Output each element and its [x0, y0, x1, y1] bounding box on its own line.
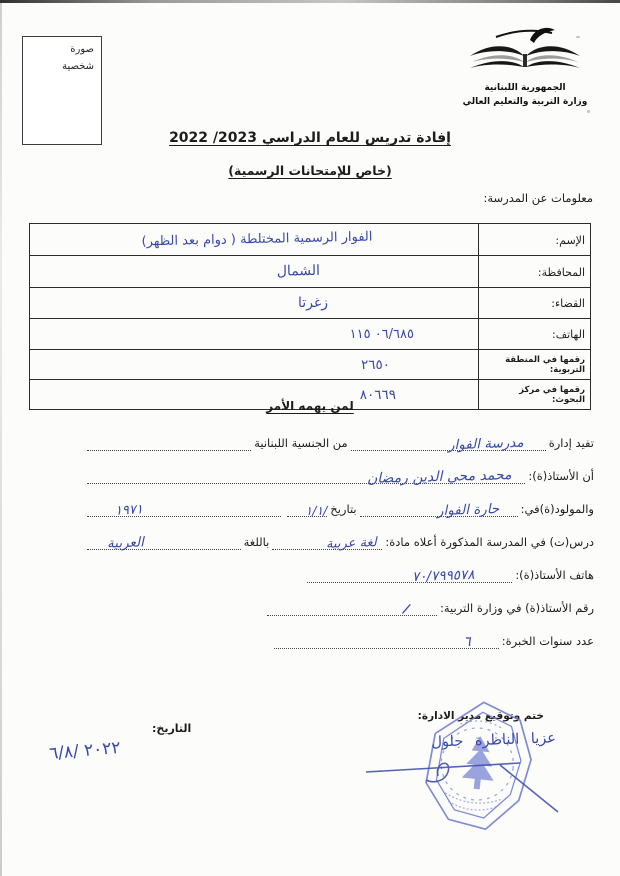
form-line-teacher-name: أن الأستاذ(ة): محمد محي الدين رمضان	[84, 451, 594, 484]
certification-form: تفيد إدارة مدرسة الفوار من الجنسية اللبن…	[84, 418, 594, 649]
line1-prefix: تفيد إدارة	[549, 436, 594, 451]
scanned-form-page: صورة شخصية الجمهورية اللبنانية وزارة الت…	[0, 0, 620, 876]
handwritten-district: زغرتا	[30, 295, 478, 311]
table-row: رقمها في المنطقة التربوية: ٢٦٥٠	[30, 350, 591, 380]
handwritten-teacher-name: محمد محي الدين رمضان	[367, 467, 512, 487]
photo-box-label: صورة شخصية	[62, 42, 94, 75]
line4-prefix: درس(ت) في المدرسة المذكورة أعلاه مادة:	[385, 535, 594, 550]
field-label-phone: الهاتف:	[479, 319, 591, 350]
form-line-teacher-phone: هاتف الأستاذ(ة): ٧٠/٧٩٩٥٧٨	[84, 550, 594, 583]
handwritten-teacher-phone: ٧٠/٧٩٩٥٧٨	[411, 567, 474, 585]
field-label-name: الإسم:	[479, 224, 591, 256]
table-row: المحافظة: الشمال	[30, 256, 591, 288]
title-years: 2022 /2023	[169, 130, 257, 146]
handwritten-edu-district-number: ٢٦٥٠	[30, 357, 478, 373]
handwritten-school-name: الفوار الرسمية المختلطة ( دوام بعد الظهر…	[30, 227, 478, 251]
school-info-table: الإسم: الفوار الرسمية المختلطة ( دوام بع…	[29, 223, 591, 410]
table-row: القضاء: زغرتا	[30, 288, 591, 319]
dotted-blank: لغة عربية	[272, 539, 382, 550]
dotted-blank: حارة الفوار	[360, 506, 518, 517]
form-line-birth: والمولود(ة)في: حارة الفوار بتاريخ ١/١/ ١…	[84, 484, 594, 517]
handwritten-birthplace: حارة الفوار	[437, 501, 500, 519]
line2-prefix: أن الأستاذ(ة):	[528, 469, 594, 484]
title-text: إفادة تدريس للعام الدراسي	[262, 130, 451, 146]
handwritten-birth-year: ١٩٧١	[115, 502, 144, 518]
dotted-blank: /	[267, 605, 437, 616]
handwritten-experience-years: ٦	[463, 634, 471, 650]
dotted-blank: العربية	[87, 539, 241, 550]
line4-mid: باللغة	[244, 535, 270, 550]
handwritten-school-phone: ٠٦/٦٨٥ ١١٥	[30, 327, 478, 342]
line5-prefix: هاتف الأستاذ(ة):	[515, 568, 594, 583]
document-title: إفادة تدريس للعام الدراسي 2022 /2023	[0, 130, 620, 146]
date-label: التاريخ:	[152, 722, 191, 735]
document-subtitle: (خاص للإمتحانات الرسمية)	[0, 163, 620, 178]
form-line-school: تفيد إدارة مدرسة الفوار من الجنسية اللبن…	[84, 418, 594, 451]
table-row: الهاتف: ٠٦/٦٨٥ ١١٥	[30, 319, 591, 350]
signature-flourish	[360, 748, 560, 818]
handwritten-date: ٢٠٢٢ /٦/٨	[48, 738, 121, 764]
dotted-blank: ١/١/	[287, 506, 327, 517]
dotted-blank: ١٩٧١	[87, 506, 281, 517]
form-line-ministry-number: رقم الأستاذ(ة) في وزارة التربية: /	[84, 583, 594, 616]
handwritten-governorate: الشمال	[30, 260, 478, 284]
line1-suffix: من الجنسية اللبنانية	[254, 436, 348, 451]
line6-prefix: رقم الأستاذ(ة) في وزارة التربية:	[440, 601, 594, 616]
logo-republic-text: الجمهورية اللبنانية	[454, 82, 596, 96]
dotted-blank: مدرسة الفوار	[351, 440, 546, 451]
photo-label-line2: شخصية	[62, 59, 94, 76]
handwritten-school: مدرسة الفوار	[448, 435, 524, 454]
school-info-heading: معلومات عن المدرسة:	[484, 191, 594, 205]
handwritten-dash-mark: /	[403, 602, 411, 618]
field-label-district: القضاء:	[479, 288, 591, 319]
personal-photo-box: صورة شخصية	[22, 36, 102, 145]
scan-speck	[587, 110, 590, 113]
handwritten-language: العربية	[107, 534, 144, 551]
handwritten-subject: لغة عربية	[325, 535, 376, 552]
dotted-blank: محمد محي الدين رمضان	[87, 473, 525, 484]
scan-edge-top	[0, 0, 620, 3]
open-book-icon	[462, 24, 588, 78]
photo-label-line1: صورة	[62, 42, 94, 59]
field-label-governorate: المحافظة:	[479, 256, 591, 288]
table-row: الإسم: الفوار الرسمية المختلطة ( دوام بع…	[30, 224, 591, 256]
form-line-experience-years: عدد سنوات الخبرة: ٦	[84, 616, 594, 649]
dotted-blank: ٧٠/٧٩٩٥٧٨	[307, 572, 512, 583]
certify-heading: لمن يهمه الأمر	[0, 399, 620, 413]
line3-prefix: والمولود(ة)في:	[521, 502, 594, 517]
logo-ministry-text: وزارة التربية والتعليم العالي	[454, 96, 596, 110]
line3-mid: بتاريخ	[330, 502, 356, 517]
dotted-blank: ٦	[274, 638, 499, 649]
line7-prefix: عدد سنوات الخبرة:	[502, 634, 594, 649]
ministry-logo: الجمهورية اللبنانية وزارة التربية والتعل…	[454, 24, 596, 109]
dotted-blank	[87, 440, 251, 451]
form-line-subject: درس(ت) في المدرسة المذكورة أعلاه مادة: ل…	[84, 517, 594, 550]
field-label-edu-district-number: رقمها في المنطقة التربوية:	[479, 350, 591, 380]
handwritten-birth-day-month: ١/١/	[305, 503, 327, 518]
